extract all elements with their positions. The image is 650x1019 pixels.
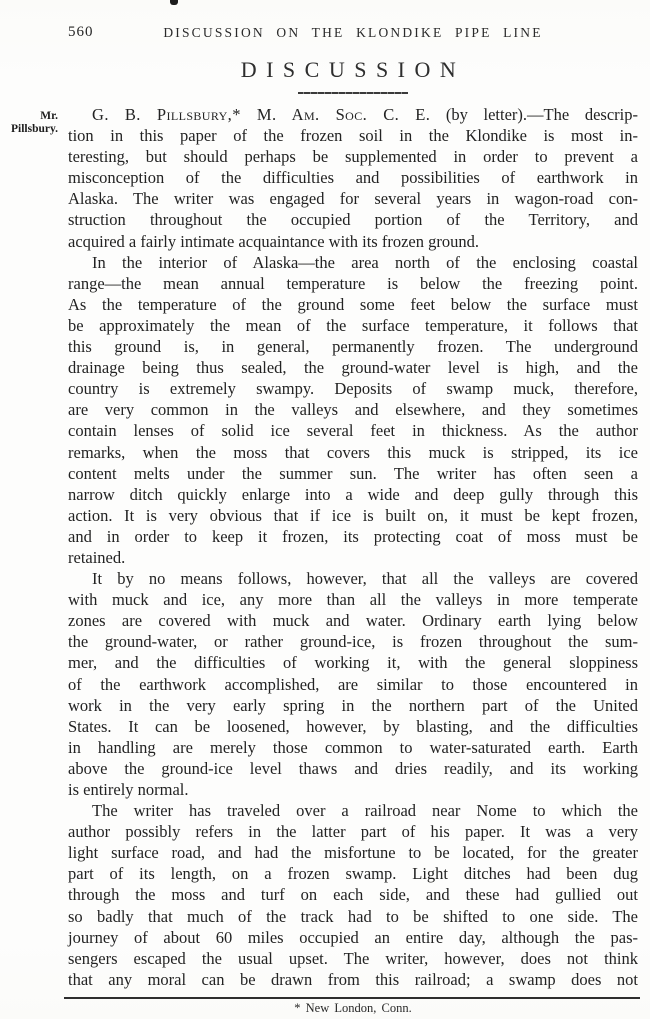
- paragraph-3-line: in handling are merely those common to w…: [68, 737, 638, 758]
- paragraph-3-line: of the earthwork accomplished, are simil…: [68, 674, 638, 695]
- paragraph-3-line: States. It can be loosened, however, by …: [68, 716, 638, 737]
- paragraph-3-line: work in the very early spring in the nor…: [68, 695, 638, 716]
- paragraph-2-line: and in order to keep it frozen, its prot…: [68, 526, 638, 547]
- paragraph-1-line: tion in this paper of the frozen soil in…: [68, 125, 638, 146]
- paragraph-2-line: range—the mean annual temperature is bel…: [68, 273, 638, 294]
- paragraph-4-line: that any moral can be drawn from this ra…: [68, 969, 638, 990]
- paragraph-1-line: teresting, but should perhaps be supplem…: [68, 146, 638, 167]
- paragraph-3-line: with muck and ice, any more than all the…: [68, 589, 638, 610]
- paragraph-4-line: The writer has traveled over a railroad …: [68, 800, 638, 821]
- scan-artifact-speck: [170, 0, 178, 5]
- paragraph-1-line: misconception of the difficulties and po…: [68, 167, 638, 188]
- paragraph-3-line: zones are covered with muck and water. O…: [68, 610, 638, 631]
- footnote: * New London, Conn.: [68, 1001, 638, 1016]
- paragraph-2-line: country is extremely swampy. Deposits of…: [68, 378, 638, 399]
- paragraph-3-line: mer, and the difficulties of working it,…: [68, 652, 638, 673]
- paragraph-4-line: author possibly refers in the latter par…: [68, 821, 638, 842]
- paragraph-4-line: so badly that much of the track had to b…: [68, 906, 638, 927]
- paragraph-2-line: As the temperature of the ground some fe…: [68, 294, 638, 315]
- paragraph-4-line: journey of about 60 miles occupied an en…: [68, 927, 638, 948]
- paragraph-3-line: It by no means follows, however, that al…: [68, 568, 638, 589]
- margin-note-line: Pillsbury.: [0, 123, 58, 136]
- paragraph-2-line: remarks, when the moss that covers this …: [68, 442, 638, 463]
- running-header: DISCUSSION ON THE KLONDIKE PIPE LINE: [68, 25, 638, 41]
- discussion-body: G. B. Pillsbury,* M. Am. Soc. C. E. (by …: [68, 104, 638, 990]
- paragraph-2-line: retained.: [68, 547, 638, 568]
- paragraph-1-line: acquired a fairly intimate acquaintance …: [68, 231, 638, 252]
- paragraph-4-line: through the moss and turf on each side, …: [68, 884, 638, 905]
- speaker-name: G. B. Pillsbury,* M. Am. Soc. C. E.: [92, 105, 430, 124]
- margin-note-speaker: Mr. Pillsbury.: [0, 110, 60, 135]
- paragraph-4-line: sengers escaped the usual upset. The wri…: [68, 948, 638, 969]
- paragraph-2-line: be approximately the mean of the surface…: [68, 315, 638, 336]
- section-title: DISCUSSION: [68, 57, 638, 83]
- paragraph-2-line: In the interior of Alaska—the area north…: [68, 252, 638, 273]
- title-rule: [298, 92, 408, 94]
- paragraph-2-line: content melts under the summer sun. The …: [68, 463, 638, 484]
- paragraph-2-line: this ground is, in general, permanently …: [68, 336, 638, 357]
- footnote-rule: [64, 997, 640, 999]
- paragraph-2-line: contain lenses of solid ice several feet…: [68, 420, 638, 441]
- paragraph-3-line: the ground-water, or rather ground-ice, …: [68, 631, 638, 652]
- paragraph-4-line: light surface road, and had the misfortu…: [68, 842, 638, 863]
- paragraph-3-line: above the ground-ice level thaws and dri…: [68, 758, 638, 779]
- paragraph-3-line: is entirely normal.: [68, 779, 638, 800]
- scanned-page: 560 DISCUSSION ON THE KLONDIKE PIPE LINE…: [0, 0, 650, 1019]
- paragraph-4-line: part of its length, on a frozen swamp. L…: [68, 863, 638, 884]
- paragraph-2-line: drainage being thus sealed, the ground-w…: [68, 357, 638, 378]
- paragraph-1-line: struction throughout the occupied portio…: [68, 209, 638, 230]
- paragraph-1-line: Alaska. The writer was engaged for sever…: [68, 188, 638, 209]
- paragraph-2-line: narrow ditch quickly enlarge into a wide…: [68, 484, 638, 505]
- paragraph-2-line: are very common in the valleys and elsew…: [68, 399, 638, 420]
- paragraph-2-line: action. It is very obvious that if ice i…: [68, 505, 638, 526]
- paragraph-1-line: G. B. Pillsbury,* M. Am. Soc. C. E. (by …: [68, 104, 638, 125]
- margin-note-line: Mr.: [0, 110, 58, 123]
- paragraph-text: (by letter).—The descrip-: [430, 105, 638, 124]
